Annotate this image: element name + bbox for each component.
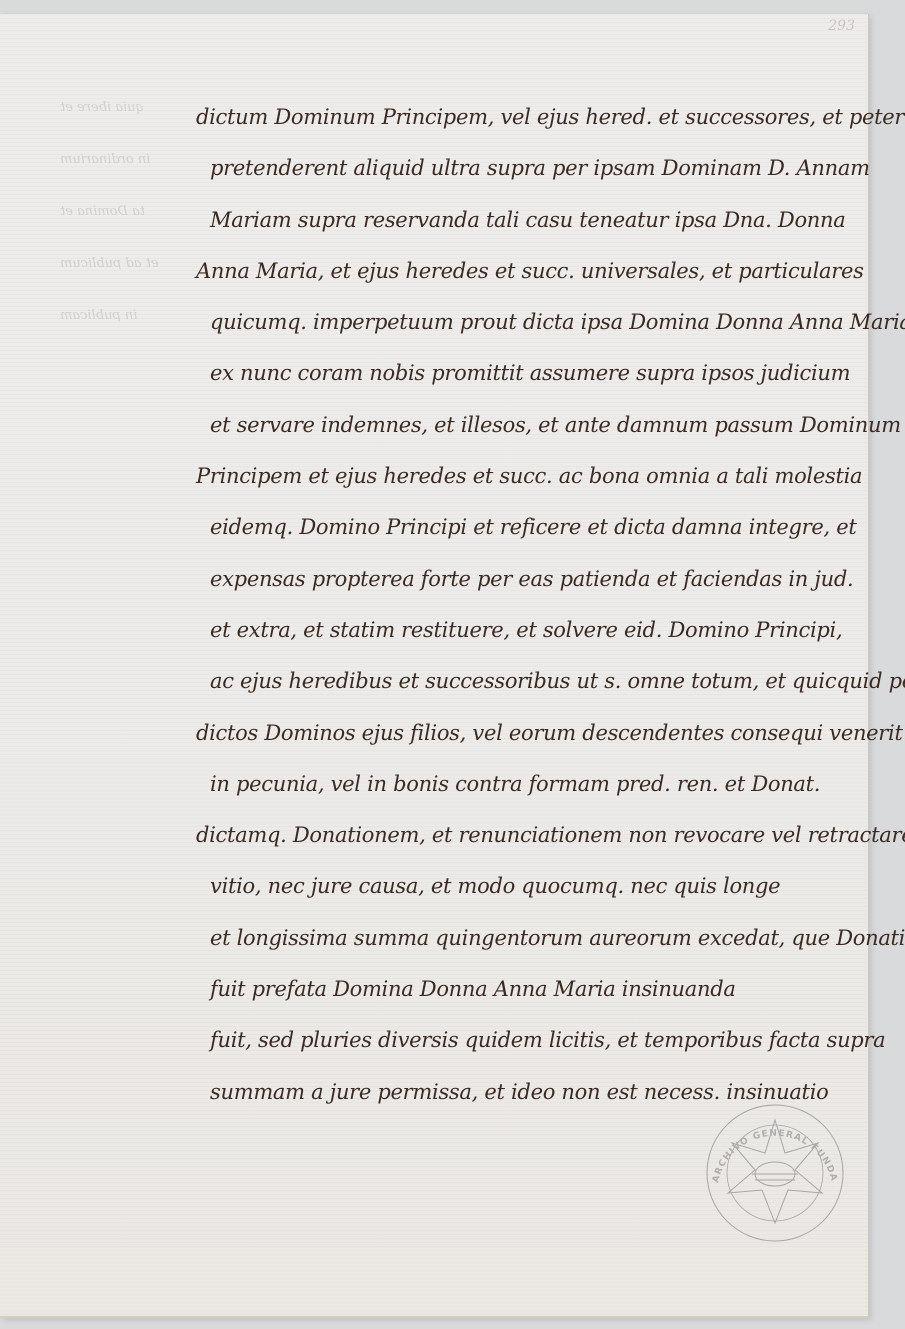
text-line: dictum Dominum Principem, vel ejus hered… [196, 92, 836, 143]
bleed-through-text: quia ibere et in ordinarium ta Domina et… [60, 100, 190, 360]
text-line: et extra, et statim restituere, et solve… [196, 605, 836, 656]
bleed-line: et ad publicum [60, 256, 190, 308]
text-line: vitio, nec jure causa, et modo quocumq. … [196, 861, 836, 912]
text-line: quicumq. imperpetuum prout dicta ipsa Do… [196, 297, 836, 348]
bleed-line: in publicam [60, 308, 190, 360]
svg-text:ARCHIVO GENERAL FUNDACION CASA: ARCHIVO GENERAL FUNDACION CASA [700, 1098, 839, 1184]
text-line: expensas propterea forte per eas patiend… [196, 554, 836, 605]
text-line: Mariam supra reservanda tali casu teneat… [196, 195, 836, 246]
manuscript-text: dictum Dominum Principem, vel ejus hered… [196, 92, 836, 1118]
text-line: Principem et ejus heredes et succ. ac bo… [196, 451, 836, 502]
text-line: ac ejus heredibus et successoribus ut s.… [196, 656, 836, 707]
text-line: pretenderent aliquid ultra supra per ips… [196, 143, 836, 194]
text-line: et longissima summa quingentorum aureoru… [196, 913, 836, 964]
stamp-text-top: ARCHIVO GENERAL FUNDACION CASA [700, 1098, 839, 1184]
text-line: fuit, sed pluries diversis quidem liciti… [196, 1015, 836, 1066]
text-line: Anna Maria, et ejus heredes et succ. uni… [196, 246, 836, 297]
text-line: ex nunc coram nobis promittit assumere s… [196, 348, 836, 399]
stamp-text-right: MEDINA SIDONIA [700, 1098, 701, 1099]
bleed-line: in ordinarium [60, 152, 190, 204]
archive-stamp: ARCHIVO GENERAL FUNDACION CASA MEDINA SI… [700, 1098, 850, 1248]
bleed-line: ta Domina et [60, 204, 190, 256]
text-line: dictos Dominos ejus filios, vel eorum de… [196, 708, 836, 759]
text-line: in pecunia, vel in bonis contra formam p… [196, 759, 836, 810]
folio-number: 293 [828, 18, 855, 34]
text-line: fuit prefata Domina Donna Anna Maria ins… [196, 964, 836, 1015]
text-line: dictamq. Donationem, et renunciationem n… [196, 810, 836, 861]
bleed-line: quia ibere et [60, 100, 190, 152]
text-line: eidemq. Domino Principi et reficere et d… [196, 502, 836, 553]
text-line: et servare indemnes, et illesos, et ante… [196, 400, 836, 451]
compass-star-icon: ARCHIVO GENERAL FUNDACION CASA [700, 1098, 850, 1248]
